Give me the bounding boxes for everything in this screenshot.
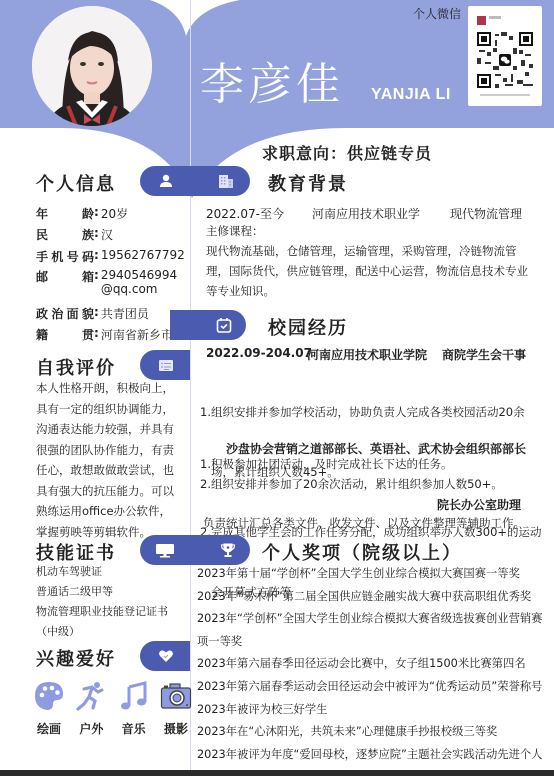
education-major: 现代物流管理: [450, 205, 522, 222]
section-pill-campus: [170, 310, 246, 340]
campus-role-3: 院长办公室助理: [437, 496, 521, 513]
qr-nickname: [489, 16, 501, 19]
education-courses: 主修课程： 现代物流基础，仓储管理，运输管理，采购管理，冷链物流管 理，国际货代…: [206, 221, 546, 301]
hobby-painting: 绘画: [30, 680, 68, 737]
music-note-icon: [118, 680, 150, 712]
info-row-political-status: 政治面貌:共青团员: [36, 305, 149, 322]
column-divider: [190, 0, 191, 770]
user-icon: [158, 173, 174, 189]
trophy-icon: [220, 542, 236, 558]
award-item: 2023年第六届春季田径运动会比赛中，女子组1500米比赛第四名: [197, 653, 552, 676]
campus-period: 2022.09-204.07: [206, 346, 312, 360]
section-title-awards: 个人奖项（院级以上）: [262, 539, 462, 565]
qr-caption: [480, 94, 530, 96]
qr-code-icon: [477, 32, 533, 88]
hobby-outdoor: 户外: [72, 680, 110, 737]
info-row-phone: 手机号码:19562767792: [36, 248, 185, 265]
section-pill-hobbies: [140, 641, 190, 671]
profile-photo: [32, 6, 152, 126]
campus-role: 商院学生会干事: [442, 346, 526, 363]
section-pill-self-evaluation: [140, 350, 190, 380]
name-chinese: 李彦佳: [200, 48, 344, 112]
hobby-photography: 摄影: [157, 680, 195, 737]
skill-item: 物流管理职业技能登记证书: [36, 602, 191, 622]
wechat-qr-code: [468, 6, 542, 106]
award-item: 2023年在“心沐阳光，共筑未来”心理健康手抄报校级三等奖: [197, 721, 552, 744]
education-school: 河南应用技术职业学: [312, 205, 420, 222]
info-row-age: 年龄:20岁: [36, 205, 128, 222]
award-item: 2023年被评为年度“爱回母校，逐梦应院”主题社会实践活动先进个人: [197, 744, 552, 767]
camera-icon: [160, 680, 192, 712]
education-period: 2022.07-至今: [206, 205, 284, 222]
list-card-icon: [158, 357, 174, 373]
skill-item: 机动车驾驶证: [36, 562, 191, 582]
section-title-self-evaluation: 自我评价: [36, 354, 116, 380]
runner-icon: [75, 680, 107, 712]
award-item: 2023年被评为校三好学生: [197, 699, 552, 722]
heart-icon: [158, 648, 174, 664]
calendar-check-icon: [216, 317, 232, 333]
qr-avatar: [477, 16, 486, 25]
self-evaluation-text: 本人性格开朗，积极向上， 具有一定的组织协调能力， 沟通表达能力较强，并具有 很…: [36, 378, 186, 542]
job-target: 求职意向：供应链专员: [262, 141, 432, 164]
campus-role-3-desc: 负责统计汇总各类文件、收发文件、以及文件整理等辅助工作。: [203, 515, 525, 531]
awards-list: 2023年第十届“学创杯”全国大学生创业综合模拟大赛国赛一等奖 2023年“易木…: [197, 563, 552, 766]
wechat-label: 个人微信: [413, 5, 461, 22]
hobby-music: 音乐: [115, 680, 153, 737]
section-pill-skills-awards: [140, 535, 250, 565]
monitor-icon: [155, 542, 175, 558]
award-item: 2023年“学创杯”全国大学生创业综合模拟大赛省级选拔赛创业营销赛: [197, 608, 552, 631]
palette-icon: [33, 680, 65, 712]
section-title-education: 教育背景: [268, 170, 348, 196]
award-item: 2023年第十届“学创杯”全国大学生创业综合模拟大赛国赛一等奖: [197, 563, 552, 586]
info-row-hometown: 籍贯:河南省新乡市: [36, 326, 173, 343]
award-item: 2023年第六届春季运动会田径运动会中被评为“优秀运动员”荣誉称号: [197, 676, 552, 699]
skills-list: 机动车驾驶证 普通话二级甲等 物流管理职业技能登记证书 （中级）: [36, 562, 191, 642]
award-item: 项一等奖: [197, 631, 552, 654]
info-row-email: 邮箱:2940546994@qq.com: [36, 268, 177, 296]
campus-duties-2: 1.积极参加社团活动，及时完成社长下达的任务。 2.组织安排并参加了20余次活动…: [200, 454, 550, 494]
campus-school: 河南应用技术职业学院: [307, 346, 427, 363]
name-english: YANJIA LI: [371, 86, 451, 104]
section-pill-info-education: [140, 166, 250, 196]
info-row-ethnicity: 民族:汉: [36, 226, 113, 243]
hobbies-list: 绘画 户外 音乐 摄影: [30, 680, 195, 737]
resume-page: 李彦佳 YANJIA LI 个人微信 求职意向：供应链专员: [0, 0, 554, 770]
award-item: 2023年“易木杯”第二届全国供应链金融实战大赛中获高职组优秀奖: [197, 586, 552, 609]
skill-item: 普通话二级甲等: [36, 582, 191, 602]
section-title-campus: 校园经历: [268, 314, 348, 340]
building-icon: [218, 173, 234, 189]
section-title-personal-info: 个人信息: [36, 170, 116, 196]
skill-item: （中级）: [36, 622, 191, 642]
section-title-hobbies: 兴趣爱好: [36, 645, 116, 671]
